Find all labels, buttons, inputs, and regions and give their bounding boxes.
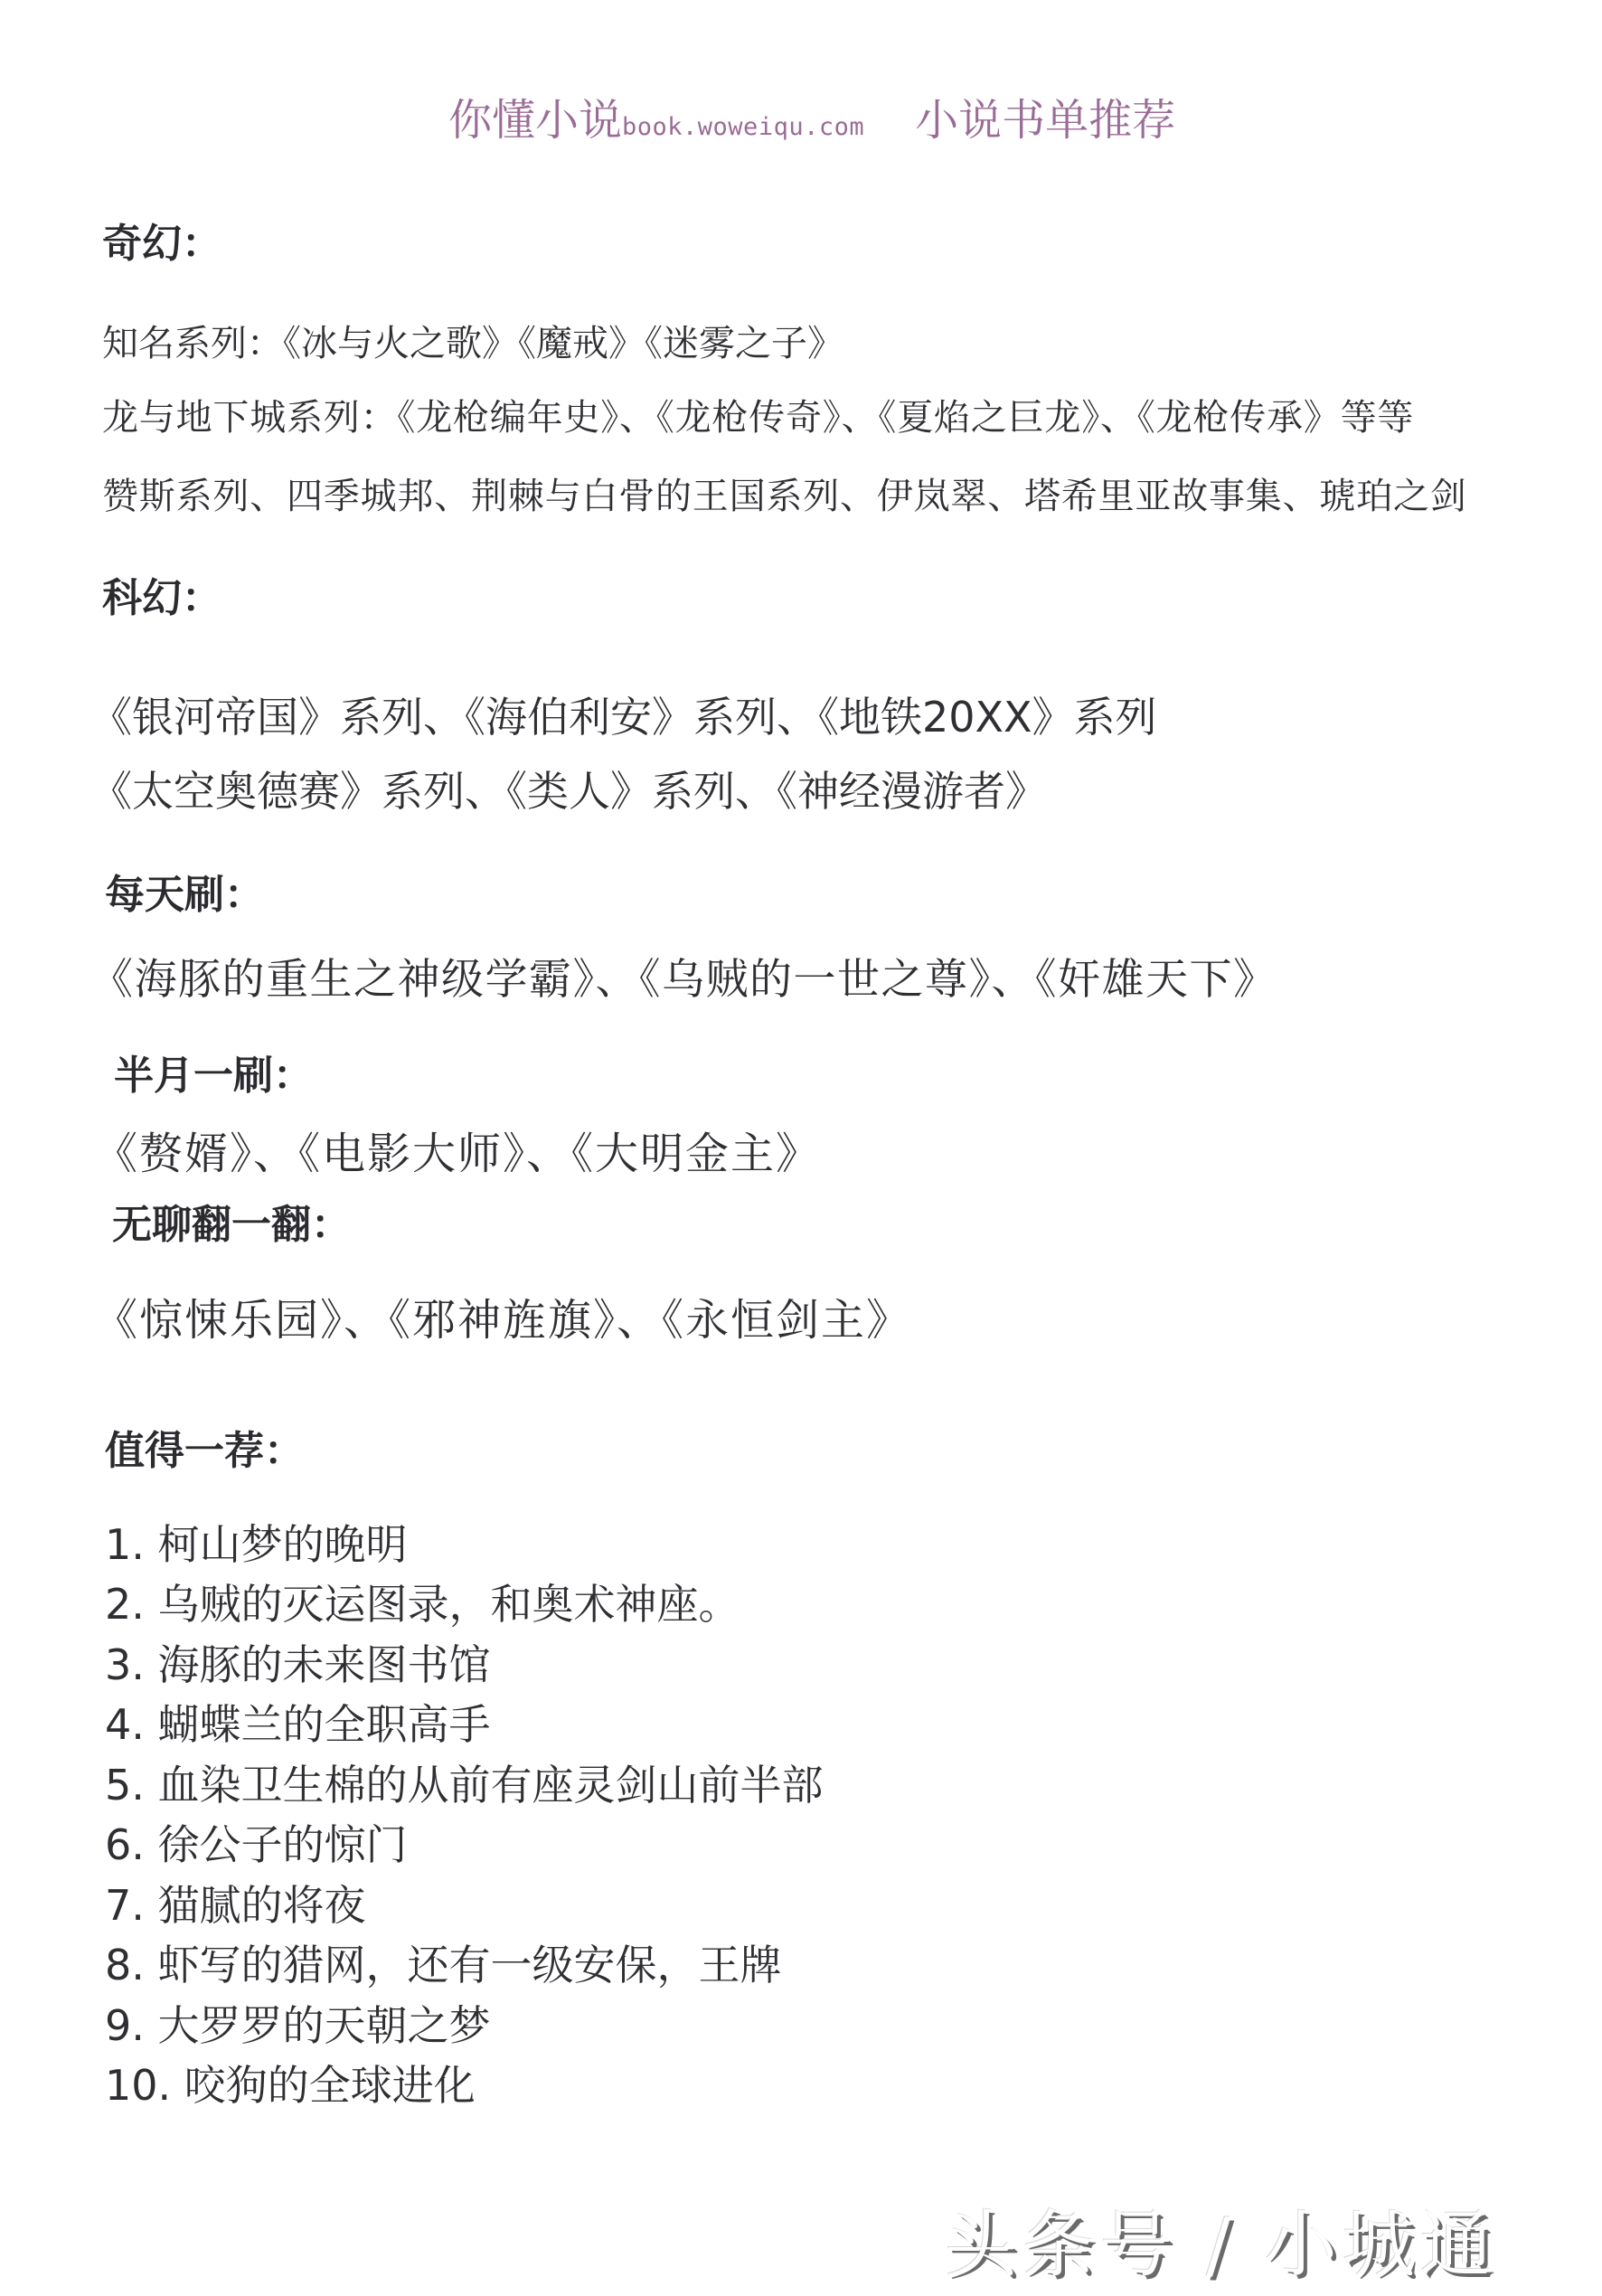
- biweekly-line-1: 《赘婿》、《电影大师》、《大明金主》: [94, 1130, 821, 1177]
- list-item: 10. 咬狗的全球进化: [105, 2063, 476, 2108]
- site-url: book.woweiqu.com: [622, 113, 864, 141]
- fantasy-line-famous-series: 知名系列：《冰与火之歌》《魔戒》《迷雾之子》: [102, 324, 843, 364]
- fantasy-line-other-series: 赞斯系列、四季城邦、荆棘与白骨的王国系列、伊岚翠、塔希里亚故事集、琥珀之剑: [102, 477, 1467, 516]
- watermark: 头条号 / 小城通: [945, 2205, 1498, 2286]
- scifi-line-2: 《太空奥德赛》系列、《类人》系列、《神经漫游者》: [90, 769, 1047, 814]
- list-item: 4. 蝴蝶兰的全职高手: [105, 1702, 491, 1747]
- fantasy-line-dnd-series: 龙与地下城系列：《龙枪编年史》、《龙枪传奇》、《夏焰之巨龙》、《龙枪传承》等等: [102, 398, 1414, 438]
- section-heading-recommended: 值得一荐：: [105, 1430, 304, 1473]
- list-item: 3. 海豚的未来图书馆: [105, 1642, 491, 1687]
- section-heading-casual: 无聊翻一翻：: [112, 1204, 351, 1247]
- list-item: 7. 猫腻的将夜: [105, 1883, 366, 1928]
- section-heading-scifi: 科幻：: [102, 577, 221, 620]
- list-item: 8. 虾写的猎网，还有一级安保，王牌: [105, 1942, 782, 1988]
- casual-line-1: 《惊悚乐园》、《邪神旌旗》、《永恒剑主》: [94, 1297, 911, 1344]
- section-heading-biweekly: 半月一刷：: [114, 1054, 313, 1098]
- list-item: 1. 柯山梦的晚明: [105, 1522, 408, 1567]
- list-item: 6. 徐公子的惊门: [105, 1822, 408, 1867]
- section-heading-daily: 每天刷：: [105, 874, 264, 917]
- page-header: 你懂小说book.woweiqu.com小说书单推荐: [448, 96, 1175, 152]
- page-title: 小说书单推荐: [915, 95, 1175, 146]
- list-item: 5. 血染卫生棉的从前有座灵剑山前半部: [105, 1762, 824, 1808]
- list-item: 9. 大罗罗的天朝之梦: [105, 2003, 491, 2048]
- scifi-line-1: 《银河帝国》系列、《海伯利安》系列、《地铁20XX》系列: [90, 694, 1157, 740]
- site-name: 你懂小说: [448, 95, 622, 146]
- section-heading-fantasy: 奇幻：: [102, 222, 221, 266]
- daily-line-1: 《海豚的重生之神级学霸》、《乌贼的一世之尊》、《奸雄天下》: [90, 957, 1277, 1004]
- list-item: 2. 乌贼的灭运图录，和奥术神座。: [105, 1582, 740, 1627]
